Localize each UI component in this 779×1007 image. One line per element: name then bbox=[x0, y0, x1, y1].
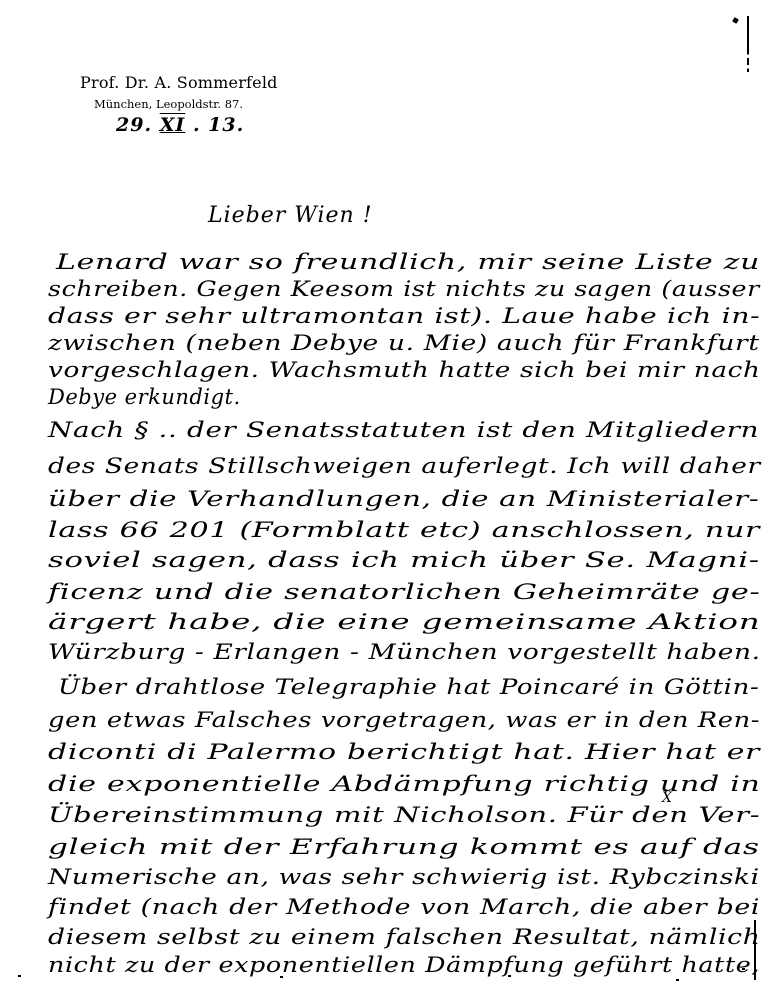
body-line: Nach § .. der Senatsstatuten ist den Mit… bbox=[48, 418, 759, 442]
body-line: Würzburg - Erlangen - München vorgestell… bbox=[48, 640, 761, 664]
letterhead-name: Prof. Dr. A. Sommerfeld bbox=[80, 73, 278, 92]
body-line: Debye erkundigt. bbox=[48, 385, 241, 409]
body-line: nicht zu der exponentiellen Dämpfung gef… bbox=[48, 953, 760, 977]
margin-annotation: X bbox=[662, 790, 672, 806]
body-line: vorgeschlagen. Wachsmuth hatte sich bei … bbox=[48, 358, 761, 382]
letter-date: 29. XI . 13. bbox=[116, 114, 244, 136]
body-line: Lenard war so freundlich, mir seine List… bbox=[56, 250, 760, 274]
margin-rule-top bbox=[747, 16, 749, 86]
body-line: dass er sehr ultramontan ist). Laue habe… bbox=[48, 304, 760, 328]
date-day: 29. bbox=[116, 114, 152, 136]
scan-speck bbox=[508, 975, 511, 977]
scan-speck bbox=[742, 968, 745, 970]
body-line: gen etwas Falsches vorgetragen, was er i… bbox=[48, 708, 760, 732]
body-line: diconti di Palermo berichtigt hat. Hier … bbox=[48, 740, 760, 764]
margin-rule-bottom bbox=[754, 920, 756, 980]
body-line: findet (nach der Methode von March, die … bbox=[48, 895, 760, 919]
letterhead-address: München, Leopoldstr. 87. bbox=[94, 97, 243, 111]
scan-speck bbox=[18, 975, 21, 977]
body-line: schreiben. Gegen Keesom ist nichts zu sa… bbox=[48, 277, 760, 301]
body-line: zwischen (neben Debye u. Mie) auch für F… bbox=[48, 331, 760, 355]
body-line: des Senats Stillschweigen auferlegt. Ich… bbox=[48, 454, 761, 478]
body-line: lass 66 201 (Formblatt etc) anschlossen,… bbox=[48, 518, 760, 542]
body-line: ärgert habe, die eine gemeinsame Aktion bbox=[48, 610, 760, 634]
body-line: über die Verhandlungen, die an Ministeri… bbox=[48, 487, 759, 511]
letter-page: Prof. Dr. A. Sommerfeld München, Leopold… bbox=[0, 0, 779, 1007]
margin-ink-mark bbox=[732, 17, 739, 24]
scan-speck bbox=[280, 976, 283, 978]
body-line: gleich mit der Erfahrung kommt es auf da… bbox=[48, 835, 760, 859]
body-line: ficenz und die senatorlichen Geheimräte … bbox=[48, 580, 761, 604]
body-line: diesem selbst zu einem falschen Resultat… bbox=[48, 925, 761, 949]
body-line: Numerische an, was sehr schwierig ist. R… bbox=[48, 865, 760, 889]
body-line: soviel sagen, dass ich mich über Se. Mag… bbox=[48, 548, 760, 572]
body-line: Über drahtlose Telegraphie hat Poincaré … bbox=[58, 675, 759, 699]
body-line: Übereinstimmung mit Nicholson. Für den V… bbox=[48, 803, 760, 827]
date-year: . 13. bbox=[193, 114, 244, 136]
body-line: die exponentielle Abdämpfung richtig und… bbox=[48, 772, 761, 796]
scan-speck bbox=[676, 979, 679, 981]
date-month: XI bbox=[160, 114, 186, 136]
salutation: Lieber Wien ! bbox=[208, 203, 373, 228]
